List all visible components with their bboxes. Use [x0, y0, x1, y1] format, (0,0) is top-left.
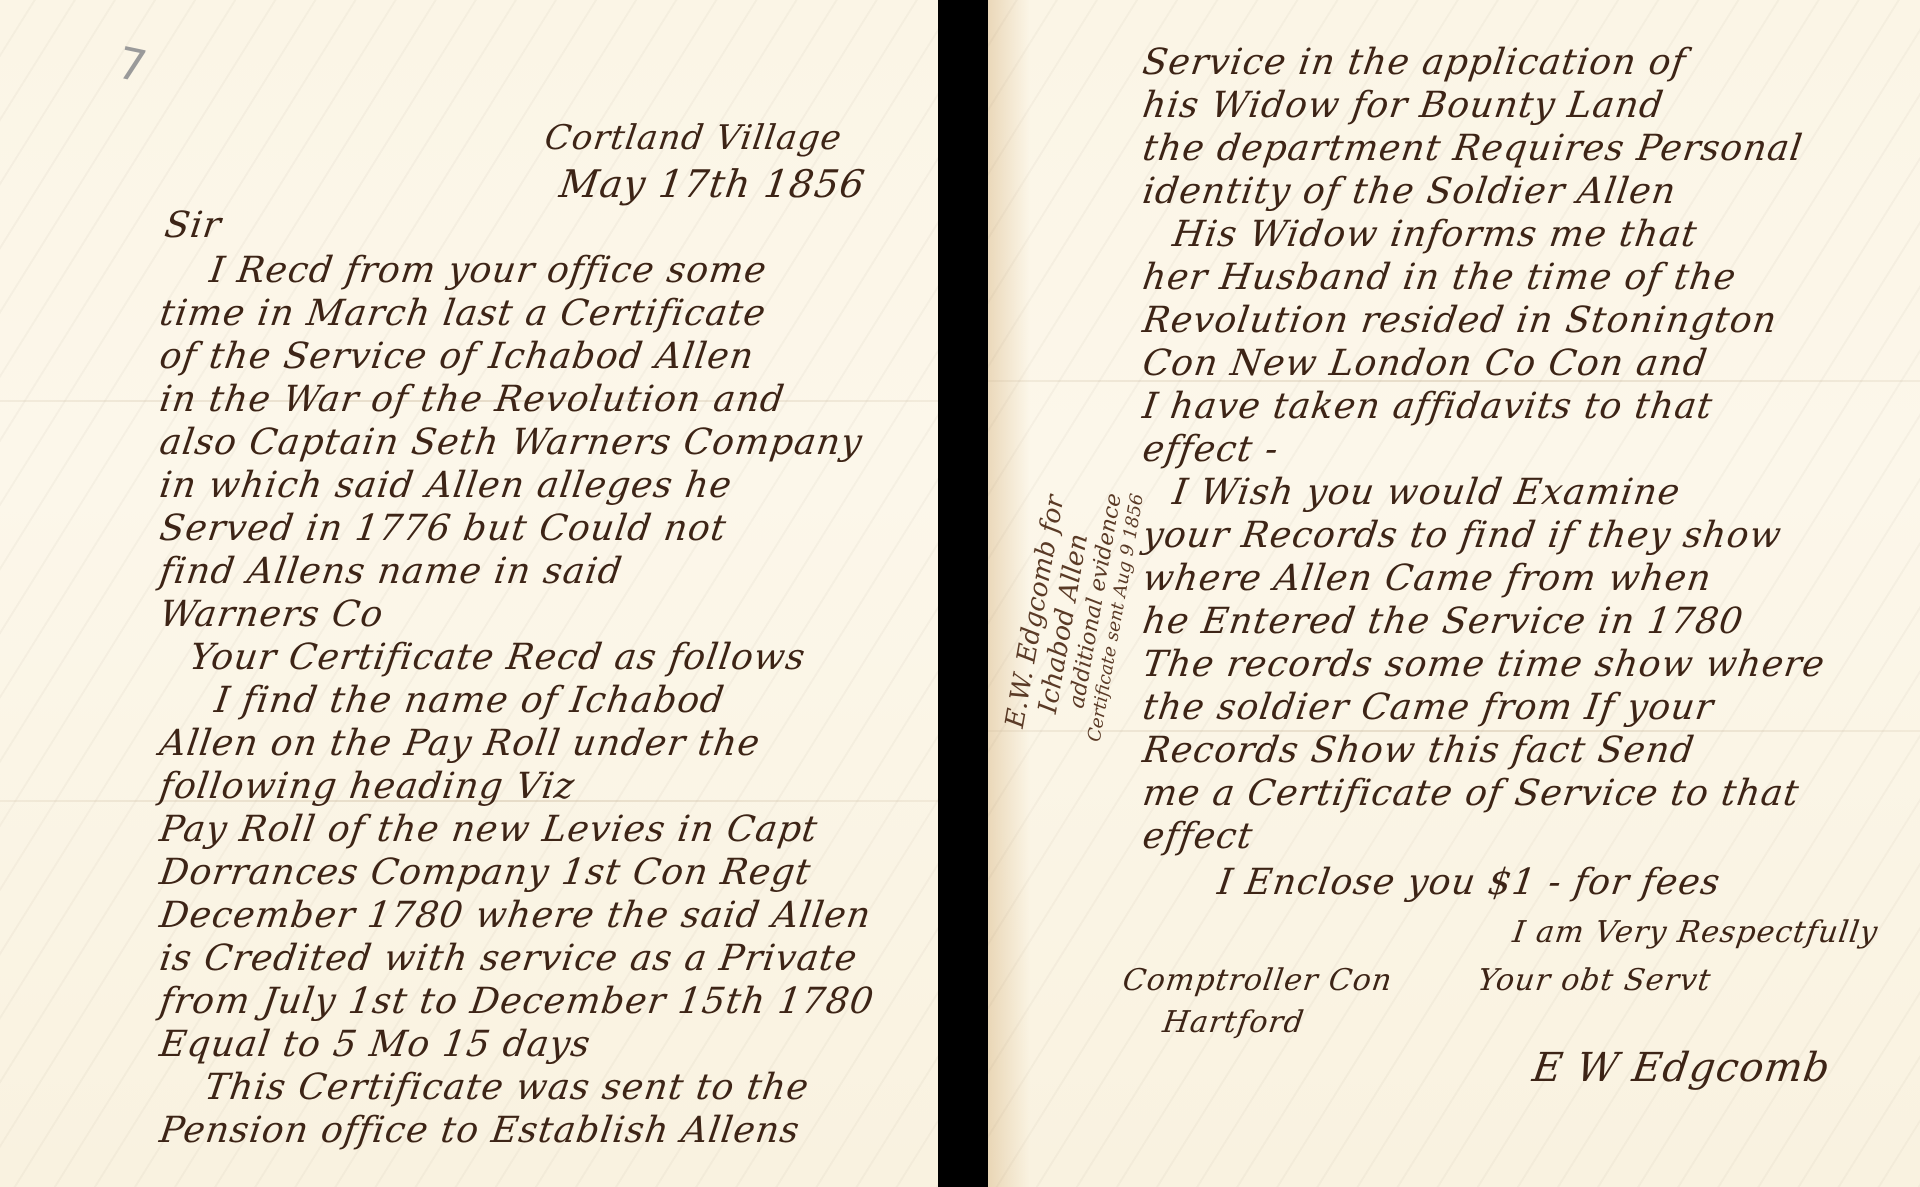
letter-line: following heading Viz — [157, 766, 577, 807]
letter-line: time in March last a Certificate — [157, 293, 769, 334]
letter-date: May 17th 1856 — [557, 162, 868, 206]
letter-line: Con New London Co Con and — [1140, 343, 1710, 384]
letter-line: December 1780 where the said Allen — [157, 895, 874, 936]
addressee-line: Comptroller Con — [1121, 963, 1395, 998]
closing-line: I am Very Respectfully — [1511, 915, 1881, 950]
letter-line: me a Certificate of Service to that — [1140, 773, 1802, 814]
letter-line: he Entered the Service in 1780 — [1140, 601, 1746, 642]
letter-line: Pension office to Establish Allens — [157, 1110, 802, 1151]
letter-line: his Widow for Bounty Land — [1140, 85, 1666, 126]
letter-line: effect - — [1140, 429, 1281, 470]
letter-line: of the Service of Ichabod Allen — [157, 336, 757, 377]
letter-line: where Allen Came from when — [1140, 558, 1714, 599]
letter-line: I Wish you would Examine — [1170, 472, 1683, 513]
letter-line: His Widow informs me that — [1170, 214, 1700, 255]
letter-line: Revolution resided in Stonington — [1140, 300, 1780, 341]
letter-line: Allen on the Pay Roll under the — [157, 723, 763, 764]
letter-line: Service in the application of — [1140, 42, 1689, 83]
letter-line: Dorrances Company 1st Con Regt — [157, 852, 814, 893]
letter-line: her Husband in the time of the — [1140, 257, 1739, 298]
letter-line: effect — [1140, 816, 1256, 857]
letter-line: from July 1st to December 15th 1780 — [157, 981, 877, 1022]
letter-line: I find the name of Ichabod — [212, 680, 727, 721]
letter-line: in the War of the Revolution and — [157, 379, 787, 420]
letter-salutation: Sir — [162, 205, 224, 246]
letter-line: Records Show this fact Send — [1140, 730, 1697, 771]
addressee-line: Hartford — [1161, 1005, 1307, 1040]
letter-line: the department Requires Personal — [1140, 128, 1805, 169]
letter-line: Pay Roll of the new Levies in Capt — [157, 809, 820, 850]
letter-line: find Allens name in said — [157, 551, 625, 592]
signature: E W Edgcomb — [1530, 1045, 1834, 1091]
closing-line: Your obt Servt — [1476, 963, 1714, 998]
letter-line: your Records to find if they show — [1140, 515, 1784, 556]
letter-line: Warners Co — [157, 594, 386, 635]
letter-line: I Recd from your office some — [207, 250, 769, 291]
letter-line: I Enclose you $1 - for fees — [1215, 862, 1723, 903]
letter-line: also Captain Seth Warners Company — [157, 422, 865, 463]
letter-line: Your Certificate Recd as follows — [187, 637, 808, 678]
letter-line: the soldier Came from If your — [1140, 687, 1716, 728]
letter-line: Served in 1776 but Could not — [157, 508, 729, 549]
letter-page-left: 7 Cortland Village May 17th 1856 Sir I R… — [0, 0, 938, 1187]
letter-line: Equal to 5 Mo 15 days — [157, 1024, 593, 1065]
letter-line: in which said Allen alleges he — [157, 465, 735, 506]
letter-line: This Certificate was sent to the — [202, 1067, 812, 1108]
letter-line: identity of the Soldier Allen — [1140, 171, 1679, 212]
letter-line: I have taken affidavits to that — [1140, 386, 1715, 427]
corner-pencil-mark: 7 — [113, 38, 151, 94]
letter-line: is Credited with service as a Private — [157, 938, 860, 979]
letter-place: Cortland Village — [542, 118, 844, 158]
letter-line: The records some time show where — [1140, 644, 1828, 685]
